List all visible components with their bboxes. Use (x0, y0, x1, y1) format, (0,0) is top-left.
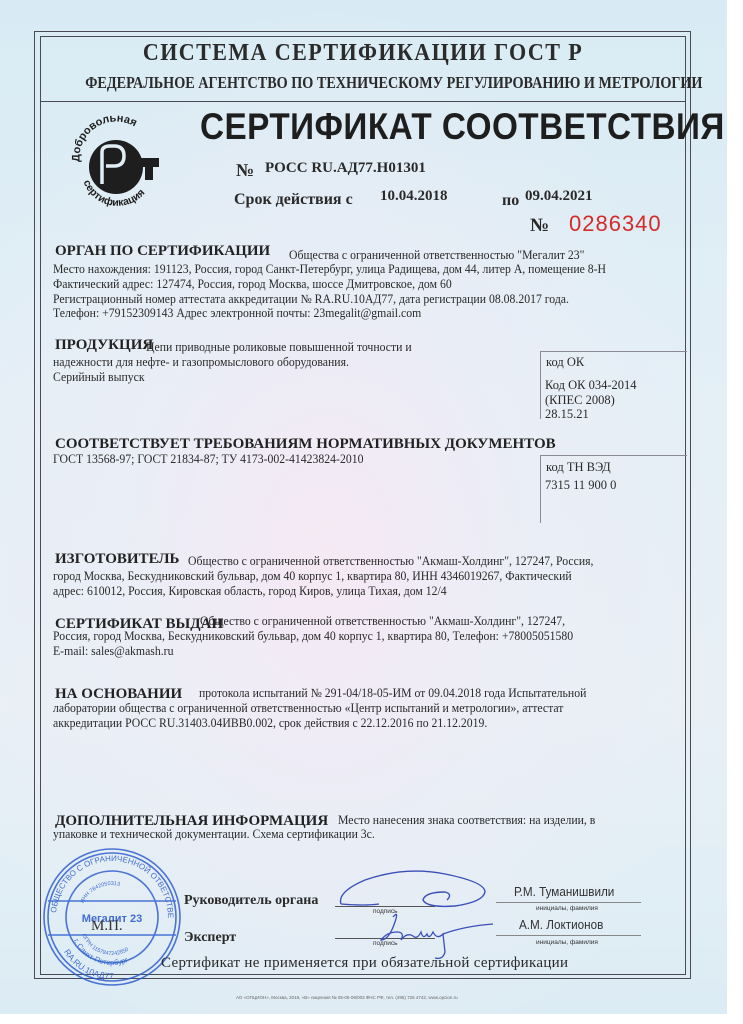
printer-footer: АО «ОПЦИОН», Москва, 2018, «В» лицензия … (236, 995, 458, 1000)
manufacturer-line-2: город Москва, Бескудниковский бульвар, д… (53, 569, 572, 584)
header-divider (40, 101, 686, 102)
blank-serial-number: 0286340 (569, 211, 662, 237)
expert-role: Эксперт (184, 930, 236, 946)
expert-name-line (496, 935, 641, 936)
expert-name-caption: инициалы, фамилия (536, 939, 598, 946)
additional-info-line-2: упаковке и технической документации. Схе… (53, 827, 375, 842)
issued-to-email: E-mail: sales@akmash.ru (53, 644, 173, 659)
product-line-3: Серийный выпуск (53, 370, 145, 385)
ok-code-line-3: 28.15.21 (545, 407, 589, 422)
product-line-1: Цепи приводные роликовые повышенной точн… (146, 340, 412, 355)
product-line-2: надежности для нефте- и газопромыслового… (53, 355, 349, 370)
ok-code-line-2: (КПЕС 2008) (545, 393, 615, 408)
accreditation-number: Регистрационный номер аттестата аккредит… (53, 292, 569, 307)
issued-to-line-2: Россия, город Москва, Бескудниковский бу… (53, 629, 573, 644)
conformity-heading: СООТВЕТСТВУЕТ ТРЕБОВАНИЯМ НОРМАТИВНЫХ ДО… (55, 436, 556, 453)
valid-to-date: 09.04.2021 (525, 188, 593, 205)
certification-body-heading: ОРГАН ПО СЕРТИФИКАЦИИ (55, 243, 270, 260)
issued-to-line-1: Общество с ограниченной ответственностью… (200, 614, 565, 629)
system-title: СИСТЕМА СЕРТИФИКАЦИИ ГОСТ Р (66, 40, 660, 67)
tnved-code-label: код ТН ВЭД (546, 460, 611, 475)
manufacturer-line-3: адрес: 610012, Россия, Кировская область… (53, 584, 447, 599)
normative-documents: ГОСТ 13568-97; ГОСТ 21834-87; ТУ 4173-00… (53, 452, 363, 467)
basis-line-1: протокола испытаний № 291-04/18-05-ИМ от… (199, 686, 586, 701)
handwritten-signatures (335, 862, 495, 962)
certification-body-name: Общества с ограниченной ответственностью… (289, 248, 584, 263)
additional-info-line-1: Место нанесения знака соответствия: на и… (338, 813, 595, 828)
ok-code-label: код ОК (546, 355, 584, 370)
valid-to-label: по (502, 192, 519, 210)
certification-body-actual-address: Фактический адрес: 127474, Россия, город… (53, 277, 452, 292)
agency-name: ФЕДЕРАЛЬНОЕ АГЕНТСТВО ПО ТЕХНИЧЕСКОМУ РЕ… (85, 73, 641, 93)
tnved-code-value: 7315 11 900 0 (545, 478, 616, 493)
number-label: № (236, 160, 254, 181)
rst-logo-icon: Добровольная сертификация (66, 112, 166, 212)
seal-place-label: М.П. (91, 918, 123, 935)
validity-label: Срок действия с (234, 191, 353, 209)
basis-line-2: лаборатории общества с ограниченной отве… (53, 701, 563, 716)
product-heading: ПРОДУКЦИЯ (55, 337, 153, 354)
head-of-body-role: Руководитель органа (184, 893, 318, 909)
head-name-caption: инициалы, фамилия (536, 905, 598, 912)
basis-line-3: аккредитации РОСС RU.31403.04ИВВ0.002, с… (53, 716, 487, 731)
manufacturer-line-1: Общество с ограниченной ответственностью… (188, 554, 594, 569)
ok-code-line-1: Код ОК 034-2014 (545, 378, 637, 393)
head-name-line (496, 902, 641, 903)
voluntary-notice: Сертификат не применяется при обязательн… (161, 955, 568, 972)
certification-body-address: Место нахождения: 191123, Россия, город … (53, 262, 606, 277)
certificate-title: СЕРТИФИКАТ СООТВЕТСТВИЯ (200, 106, 725, 148)
certificate-number: РОСС RU.АД77.Н01301 (265, 160, 426, 177)
manufacturer-heading: ИЗГОТОВИТЕЛЬ (55, 551, 179, 568)
expert-name: А.М. Локтионов (519, 917, 603, 932)
blank-number-label: № (530, 215, 549, 237)
certification-body-contacts: Телефон: +79152309143 Адрес электронной … (53, 306, 421, 321)
valid-from-date: 10.04.2018 (380, 188, 448, 205)
head-of-body-name: Р.М. Туманишвили (514, 884, 614, 899)
